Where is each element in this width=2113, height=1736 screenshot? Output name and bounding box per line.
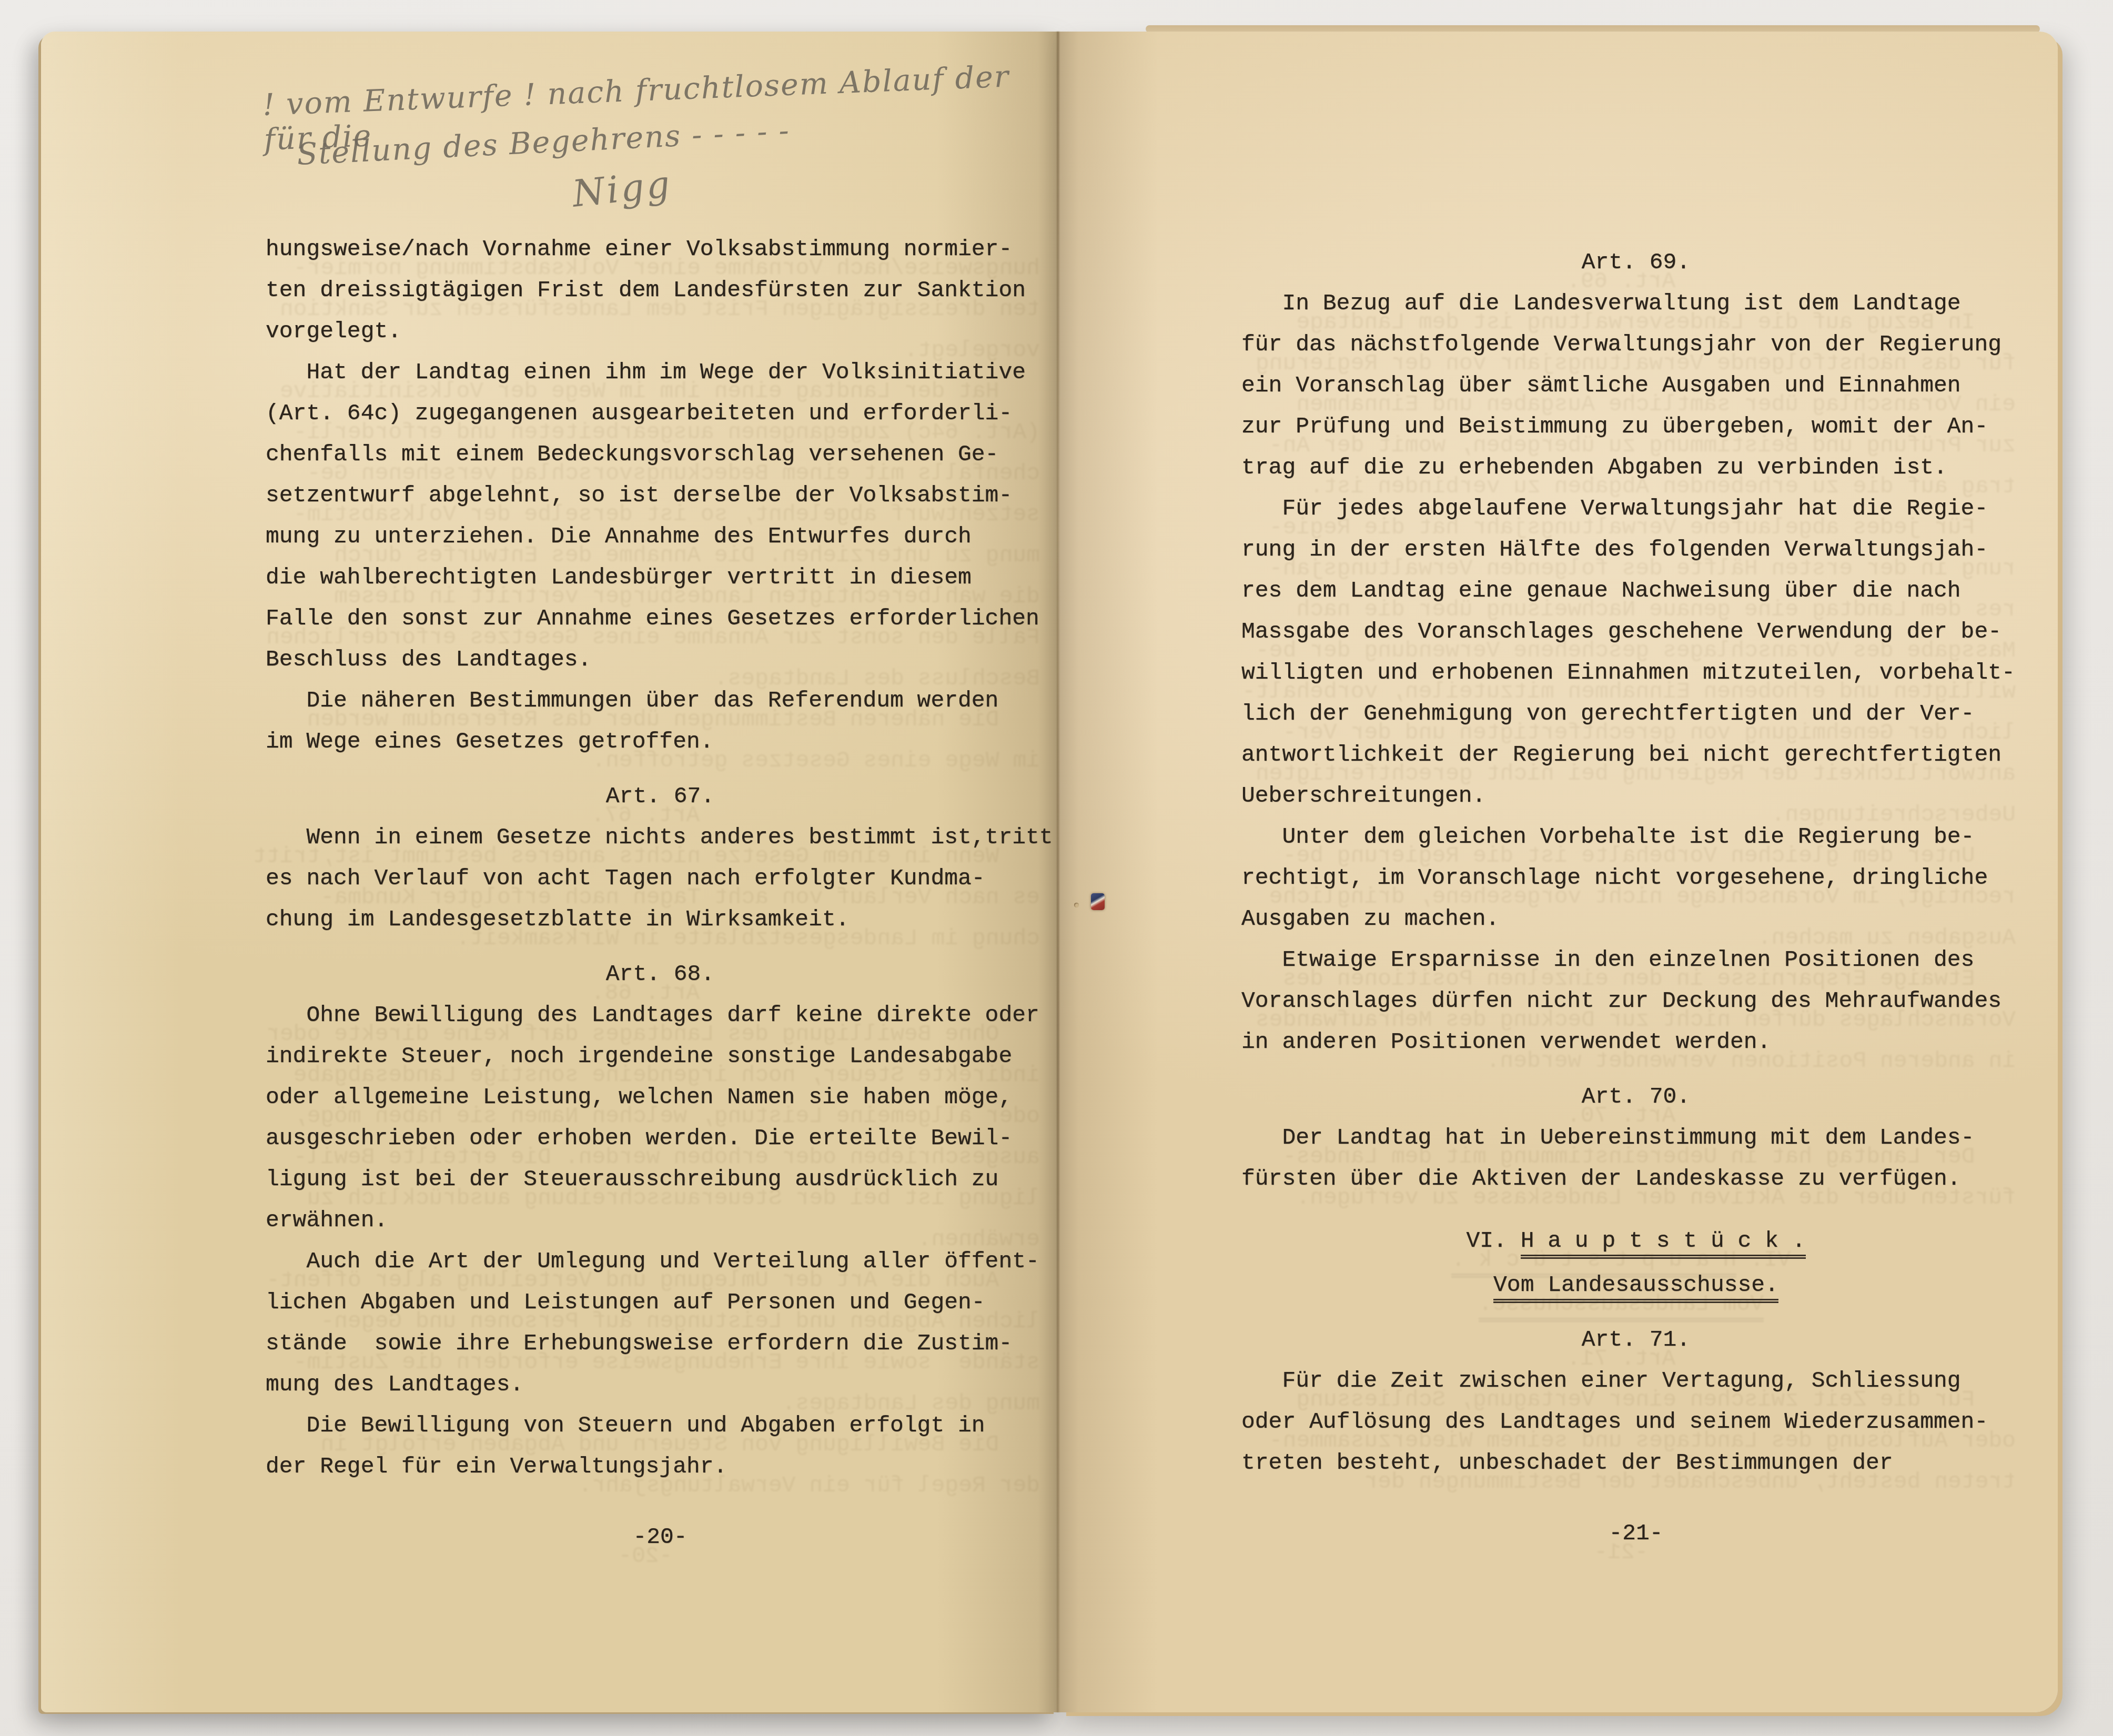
- heading-line: VI. H a u p t s t ü c k .: [1241, 1220, 2030, 1261]
- text-line: treten besteht, unbeschadet der Bestimmu…: [1241, 1442, 2030, 1483]
- photo-background: { "annotation": { "line1": "! vom Entwur…: [0, 0, 2113, 1736]
- binding-stitch-thread: [1091, 893, 1105, 910]
- text-line: setzentwurf abgelehnt, so ist derselbe d…: [266, 475, 1055, 516]
- text-line: rung in der ersten Hälfte des folgenden …: [1241, 529, 2030, 570]
- text-line: Auch die Art der Umlegung und Verteilung…: [266, 1241, 1055, 1282]
- scanned-booklet-spread: ! vom Entwurfe ! nach fruchtlosem Ablauf…: [41, 32, 2058, 1712]
- text-line: lichen Abgaben und Leistungen auf Person…: [266, 1282, 1055, 1323]
- text-line: res dem Landtag eine genaue Nachweisung …: [1241, 570, 2030, 611]
- text-line: Ueberschreitungen.: [1241, 775, 2030, 816]
- text-line: fürsten über die Aktiven der Landeskasse…: [1241, 1158, 2030, 1199]
- text-line: ausgeschrieben oder erhoben werden. Die …: [266, 1118, 1055, 1159]
- text-line: Ohne Bewilligung des Landtages darf kein…: [266, 995, 1055, 1036]
- text-line: in anderen Positionen verwendet werden.: [1241, 1022, 2030, 1063]
- text-line: oder allgemeine Leistung, welchen Namen …: [266, 1077, 1055, 1118]
- heading-line: Art. 69.: [1241, 242, 2030, 283]
- text-line: chung im Landesgesetzblatte in Wirksamke…: [266, 899, 1055, 940]
- text-line: Für die Zeit zwischen einer Vertagung, S…: [1241, 1360, 2030, 1401]
- text-line: lich der Genehmigung von gerechtfertigte…: [1241, 693, 2030, 734]
- heading-line: Vom Landesausschusse.: [1241, 1265, 2030, 1306]
- text-line: indirekte Steuer, noch irgendeine sonsti…: [266, 1036, 1055, 1077]
- text-line: Wenn in einem Gesetze nichts anderes bes…: [266, 817, 1055, 858]
- text-line: stände sowie ihre Erhebungsweise erforde…: [266, 1323, 1055, 1364]
- text-line: im Wege eines Gesetzes getroffen.: [266, 721, 1055, 762]
- text-line: chenfalls mit einem Bedeckungsvorschlag …: [266, 434, 1055, 475]
- heading-line: Art. 71.: [1241, 1319, 2030, 1360]
- handwritten-signature: Nigg: [570, 162, 674, 215]
- page-left: ! vom Entwurfe ! nach fruchtlosem Ablauf…: [41, 32, 1058, 1712]
- text-line: Hat der Landtag einen ihm im Wege der Vo…: [266, 352, 1055, 393]
- text-line: oder Auflösung des Landtages und seinem …: [1241, 1401, 2030, 1442]
- text-line: der Regel für ein Verwaltungsjahr.: [266, 1446, 1055, 1487]
- text-line: In Bezug auf die Landesverwaltung ist de…: [1241, 283, 2030, 324]
- text-line: ligung ist bei der Steuerausschreibung a…: [266, 1159, 1055, 1200]
- text-line: ein Voranschlag über sämtliche Ausgaben …: [1241, 365, 2030, 406]
- text-line: Voranschlages dürfen nicht zur Deckung d…: [1241, 981, 2030, 1022]
- heading-underlined-text: Vom Landesausschusse.: [1493, 1272, 1778, 1303]
- text-line: zur Prüfung und Beistimmung zu übergeben…: [1241, 406, 2030, 447]
- binding-hole: [1074, 903, 1079, 907]
- text-line: für das nächstfolgende Verwaltungsjahr v…: [1241, 324, 2030, 365]
- text-line: mung des Landtages.: [266, 1364, 1055, 1405]
- text-line: es nach Verlauf von acht Tagen nach erfo…: [266, 858, 1055, 899]
- text-line: Der Landtag hat in Uebereinstimmung mit …: [1241, 1117, 2030, 1158]
- typewritten-text-layer: Art. 69.In Bezug auf die Landesverwaltun…: [1241, 242, 2030, 1554]
- typewritten-text-layer: hungsweise/nach Vornahme einer Volksabst…: [266, 229, 1055, 1558]
- text-line: mung zu unterziehen. Die Annahme des Ent…: [266, 516, 1055, 557]
- text-line: Die Bewilligung von Steuern und Abgaben …: [266, 1405, 1055, 1446]
- heading-prefix: VI.: [1466, 1228, 1520, 1254]
- text-line: Etwaige Ersparnisse in den einzelnen Pos…: [1241, 940, 2030, 981]
- text-line: antwortlichkeit der Regierung bei nicht …: [1241, 734, 2030, 775]
- text-line: die wahlberechtigten Landesbürger vertri…: [266, 557, 1055, 598]
- text-line: (Art. 64c) zugegangenen ausgearbeiteten …: [266, 393, 1055, 434]
- heading-line: Art. 70.: [1241, 1076, 2030, 1117]
- text-line: Ausgaben zu machen.: [1241, 899, 2030, 940]
- page-number: -21-: [1241, 1513, 2030, 1554]
- text-line: vorgelegt.: [266, 311, 1055, 352]
- text-line: willigten und erhobenen Einnahmen mitzut…: [1241, 652, 2030, 693]
- text-line: hungsweise/nach Vornahme einer Volksabst…: [266, 229, 1055, 270]
- heading-line: Art. 68.: [266, 954, 1055, 995]
- text-line: Beschluss des Landtages.: [266, 639, 1055, 680]
- text-line: ten dreissigtägigen Frist dem Landesfürs…: [266, 270, 1055, 311]
- heading-line: Art. 67.: [266, 776, 1055, 817]
- page-right: Art. 69.In Bezug auf die Landesverwaltun…: [1058, 32, 2058, 1712]
- page-number: -20-: [266, 1517, 1055, 1558]
- text-line: Massgabe des Voranschlages geschehene Ve…: [1241, 611, 2030, 652]
- text-line: Die näheren Bestimmungen über das Refere…: [266, 680, 1055, 721]
- text-line: trag auf die zu erhebenden Abgaben zu ve…: [1241, 447, 2030, 488]
- text-line: rechtigt, im Voranschlage nicht vorgeseh…: [1241, 857, 2030, 899]
- text-line: erwähnen.: [266, 1200, 1055, 1241]
- text-line: Falle den sonst zur Annahme eines Gesetz…: [266, 598, 1055, 639]
- text-line: Unter dem gleichen Vorbehalte ist die Re…: [1241, 816, 2030, 857]
- heading-underlined-text: H a u p t s t ü c k .: [1521, 1228, 1806, 1259]
- text-line: Für jedes abgelaufene Verwaltungsjahr ha…: [1241, 488, 2030, 529]
